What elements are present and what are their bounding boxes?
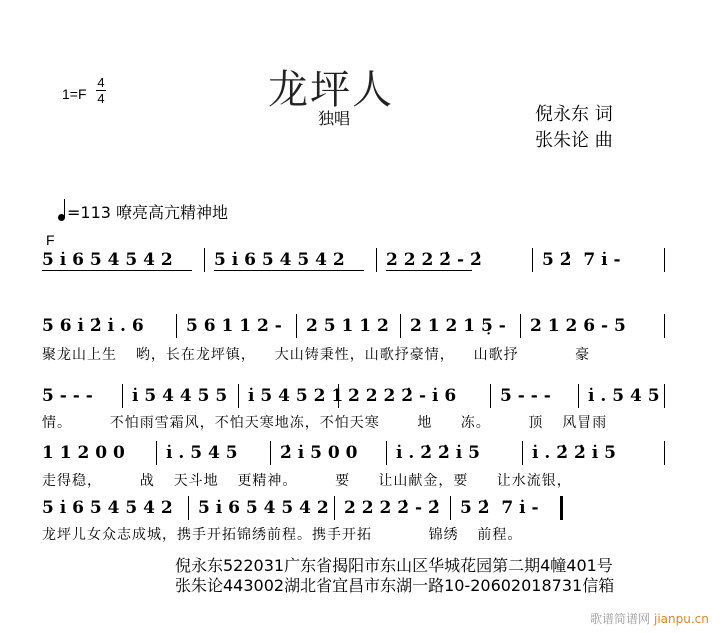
tempo-value: =113 [67,203,111,222]
measure: 5 - - - [500,386,551,406]
lyricist-credit: 倪永东 词 [535,102,613,128]
measure: 5 2̇ 7 i̇ - [460,498,539,518]
measure: 5 i̇ 6 5 4 5 4 2 [214,250,345,270]
tempo-marking: =113 嘹亮高亢精神地 [58,200,228,223]
lyrics-line-3: 情。 不怕雨雪霜风，不怕天寒地冻，不怕天寒 地 冻。 顶 风冒雨 [42,412,607,432]
chord-symbol: F [46,232,55,248]
measure: i̇ . 5 4 5 [588,386,660,406]
measure: 2 5 1 1 2 [306,316,389,336]
measure: i̇ 5 4 4 5 5 [132,386,227,406]
measure: 2̇ i̇ 5 0 0 [280,443,357,463]
watermark-url: jianpu.cn [654,612,709,626]
composer-credit: 张朱论 曲 [535,128,613,154]
lyrics-line-2: 聚龙山上生 哟，长在龙坪镇， 大山铸秉性，山歌抒豪情， 山歌抒 豪 [42,344,590,364]
measure: 2 2 2 2̇ - 2̇ [386,250,482,270]
measure: 5 2̇ 7 i̇ - [542,250,621,270]
lyricist-address: 倪永东522031广东省揭阳市东山区华城花园第二期4幢401号 [175,556,614,576]
measure: i̇ . 2̇ 2̇ i̇ 5 [396,443,480,463]
measure: 2 1 2 1 5̣ - [410,316,506,336]
performance-type: 独唱 [318,106,350,129]
measure: 2 1 2 6 - 5 [530,316,626,336]
measure: 5 i̇ 6 5 4 5 4 2 [42,498,173,518]
lyrics-line-5: 龙坪儿女众志成城，携手开拓锦绣前程。携手开拓 锦绣 前程。 [42,524,522,544]
staff-line-3: 5 - - - i̇ 5 4 4 5 5 i̇ 5 4 5 2 1 2 2 2 … [42,386,692,410]
measure: 1 1 2 0 0 [42,443,125,463]
measure: i̇ . 5 4 5 [166,443,238,463]
measure: i̇ 5 4 5 2 1 [248,386,343,406]
lyrics-line-4: 走得稳， 战 天斗地 更精神。 要 让山献金，要 让水流银， [42,470,572,490]
contact-info: 倪永东522031广东省揭阳市东山区华城花园第二期4幢401号 张朱论44300… [175,556,614,596]
watermark-text: 歌谱简谱网 [590,612,650,626]
measure: 2 2 2 2̇ - i̇ 6 [348,386,456,406]
time-signature-top: 4 [97,75,104,90]
measure: 5 - - - [42,386,93,406]
final-barline [560,496,563,520]
measure: 5 i̇ 6 5 4 5 4 2 [198,498,329,518]
key-signature: 1=F [62,86,87,102]
watermark: 歌谱简谱网jianpu.cn [590,610,709,627]
staff-line-4: 1 1 2 0 0 i̇ . 5 4 5 2̇ i̇ 5 0 0 i̇ . 2̇… [42,443,692,467]
measure: i̇ . 2̇ 2̇ i̇ 5 [532,443,616,463]
credits: 倪永东 词 张朱论 曲 [535,102,613,154]
composer-address: 张朱论443002湖北省宜昌市东湖一路10-20602018731信箱 [175,576,614,596]
staff-line-5: 5 i̇ 6 5 4 5 4 2 5 i̇ 6 5 4 5 4 2 2 2 2 … [42,498,692,522]
time-signature-bottom: 4 [97,91,104,106]
tempo-expression: 嘹亮高亢精神地 [116,203,228,222]
measure: 2 2 2 2̇ - 2̇ [344,498,440,518]
measure: 5 i̇ 6 5 4 5 4 2 [42,250,173,270]
measure: 5 6 i̇ 2̇ i̇ . 6 [42,316,144,336]
time-signature: 4 4 [96,76,106,105]
staff-line-2: 5 6 i̇ 2̇ i̇ . 6 5 6 1 1 2 - 2 5 1 1 2 2… [42,316,692,340]
measure: 5 6 1 1 2 - [186,316,282,336]
